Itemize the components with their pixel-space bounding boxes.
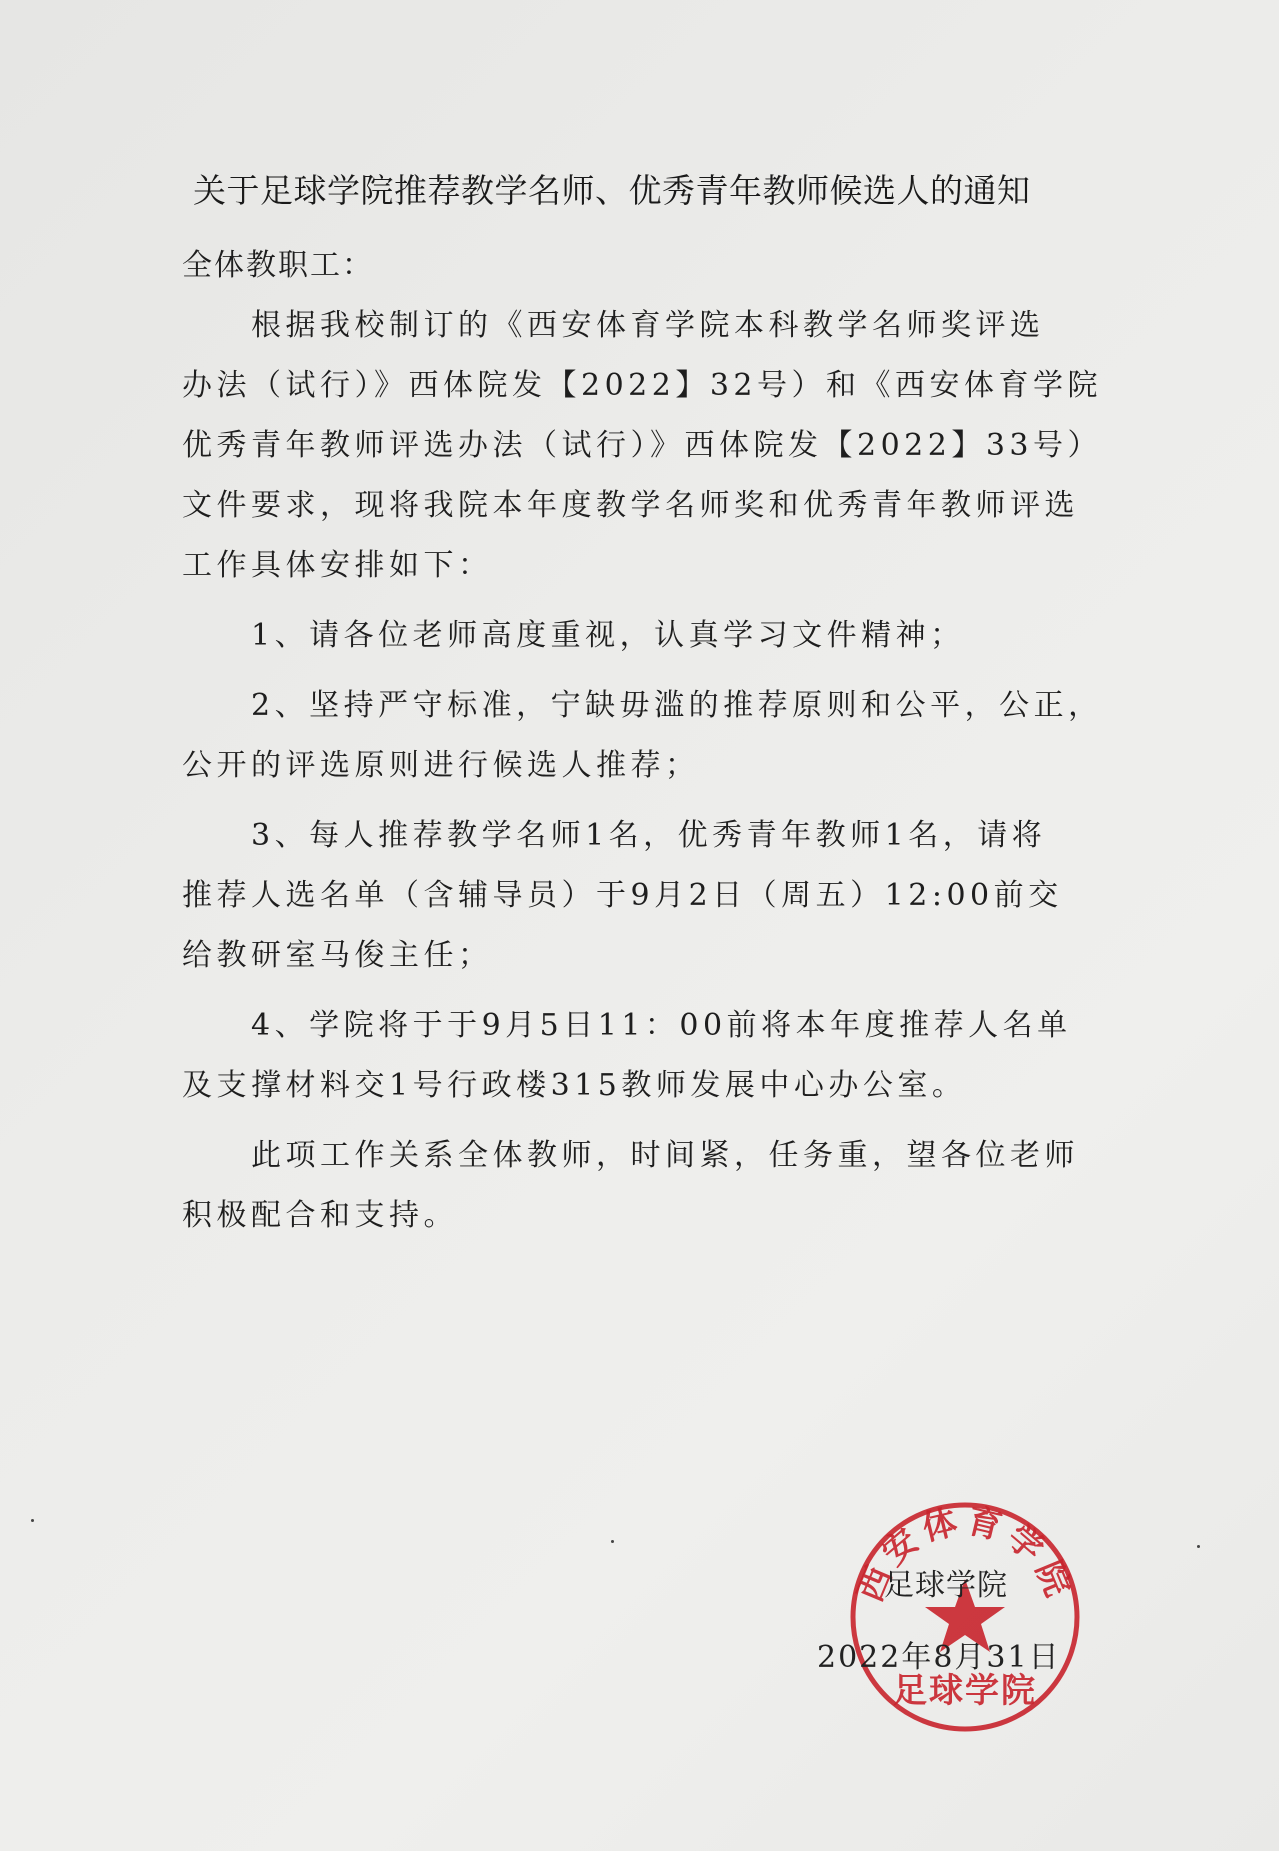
paper-speck [31,1519,34,1522]
official-seal-icon: 西安体育学院 足球学院 [845,1497,1085,1737]
salutation: 全体教职工： [182,240,374,284]
list-item-2: 2、坚持严守标准，宁缺毋滥的推荐原则和公平，公正， [182,680,1103,724]
closing-line: 此项工作关系全体教师，时间紧，任务重，望各位老师 [182,1130,1079,1174]
body-line: 办法（试行）》西体院发【2022】32号）和《西安体育学院 [182,360,1102,404]
notice-document: 关于足球学院推荐教学名师、优秀青年教师候选人的通知 全体教职工： 根据我校制订的… [0,0,1279,1851]
list-item-3-cont: 给教研室马俊主任； [182,930,493,974]
document-title: 关于足球学院推荐教学名师、优秀青年教师候选人的通知 [193,165,1031,212]
body-line: 工作具体安排如下： [182,540,493,584]
body-line: 文件要求，现将我院本年度教学名师奖和优秀青年教师评选 [182,480,1079,524]
paper-speck [1197,1545,1200,1548]
list-item-4-cont: 及支撑材料交1号行政楼315教师发展中心办公室。 [182,1060,966,1104]
body-line: 优秀青年教师评选办法（试行）》西体院发【2022】33号） [182,420,1102,464]
closing-line-cont: 积极配合和支持。 [182,1190,458,1234]
body-line: 根据我校制订的《西安体育学院本科教学名师奖评选 [182,300,1045,344]
list-item-2-cont: 公开的评选原则进行候选人推荐； [182,740,700,784]
signature-date: 2022年8月31日 [817,1632,1061,1676]
list-item-3: 3、每人推荐教学名师1名，优秀青年教师1名，请将 [182,810,1046,854]
signature-organization: 足球学院 [884,1560,1008,1604]
list-item-1: 1、请各位老师高度重视，认真学习文件精神； [182,610,965,654]
list-item-4: 4、学院将于于9月5日11：00前将本年度推荐人名单 [182,1000,1072,1044]
list-item-3-cont: 推荐人选名单（含辅导员）于9月2日（周五）12:00前交 [182,870,1063,914]
svg-text:足球学院: 足球学院 [893,1671,1037,1711]
paper-speck [611,1540,614,1543]
